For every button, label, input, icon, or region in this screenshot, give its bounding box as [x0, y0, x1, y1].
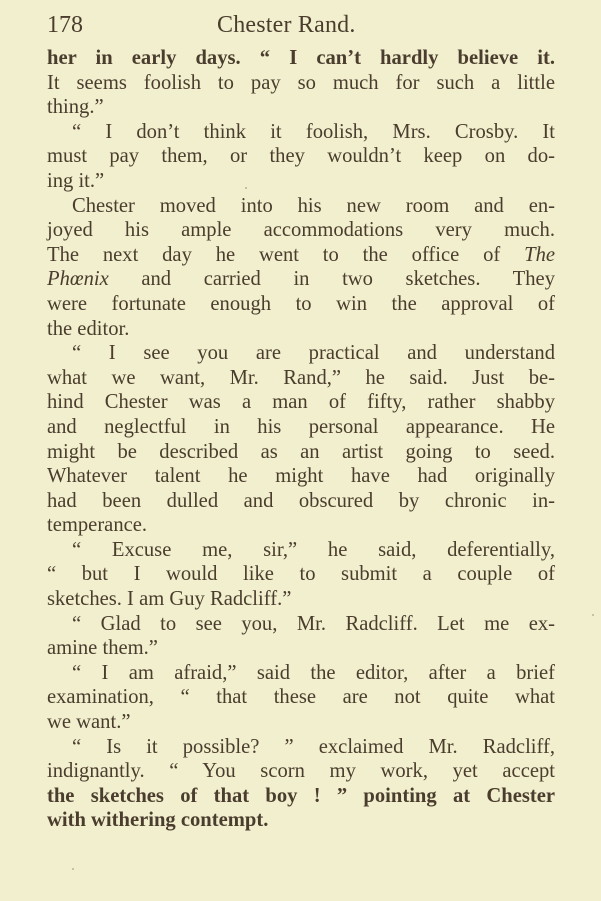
running-head: 178 Chester Rand. [47, 9, 555, 41]
text-line: amine them.” [47, 636, 555, 661]
book-title: Chester Rand. [217, 9, 356, 41]
text-line: and neglectful in his personal appearanc… [47, 415, 555, 440]
text-line: her in early days. “ I can’t hardly beli… [47, 46, 555, 71]
text-line: the sketches of that boy ! ” pointing at… [47, 784, 555, 809]
text-line: “ but I would like to submit a couple of [47, 562, 555, 587]
italic-title-fragment: Phœnix [47, 268, 109, 290]
text-line: were fortunate enough to win the approva… [47, 292, 555, 317]
text-line: what we want, Mr. Rand,” he said. Just b… [47, 366, 555, 391]
text-line: with withering contempt. [47, 808, 555, 833]
text-line: Whatever talent he might have had origin… [47, 464, 555, 489]
text-line: had been dulled and obscured by chronic … [47, 489, 555, 514]
page-number: 178 [47, 9, 83, 41]
text-line: temperance. [47, 513, 555, 538]
text-line: “ I see you are practical and understand [47, 341, 555, 366]
text-line: “ Glad to see you, Mr. Radcliff. Let me … [47, 612, 555, 637]
text-line: hind Chester was a man of fifty, rather … [47, 390, 555, 415]
scan-speck [592, 614, 594, 616]
text-line: ing it.” [47, 169, 555, 194]
text-line: “ Excuse me, sir,” he said, deferentiall… [47, 538, 555, 563]
book-page: 178 Chester Rand. her in early days. “ I… [0, 0, 601, 901]
text-line: sketches. I am Guy Radcliff.” [47, 587, 555, 612]
text-line: indignantly. “ You scorn my work, yet ac… [47, 759, 555, 784]
text-line: examination, “ that these are not quite … [47, 685, 555, 710]
text-line: must pay them, or they wouldn’t keep on … [47, 144, 555, 169]
text-line: Phœnix and carried in two sketches. They [47, 267, 555, 292]
text-line: might be described as an artist going to… [47, 440, 555, 465]
text-line: “ I don’t think it foolish, Mrs. Crosby.… [47, 120, 555, 145]
scan-speck [245, 187, 247, 189]
text-line: It seems foolish to pay so much for such… [47, 71, 555, 96]
text-line: we want.” [47, 710, 555, 735]
text-line: “ Is it possible? ” exclaimed Mr. Radcli… [47, 735, 555, 760]
text-fragment: The next day he went to the office of [47, 244, 524, 266]
text-fragment: and carried in two sketches. They [109, 268, 555, 290]
text-line: joyed his ample accommodations very much… [47, 218, 555, 243]
body-text: her in early days. “ I can’t hardly beli… [47, 46, 555, 833]
scan-speck [72, 868, 74, 870]
text-line: “ I am afraid,” said the editor, after a… [47, 661, 555, 686]
text-line: The next day he went to the office of Th… [47, 243, 555, 268]
text-line: Chester moved into his new room and en- [47, 194, 555, 219]
italic-title-fragment: The [524, 244, 555, 266]
text-line: thing.” [47, 95, 555, 120]
text-line: the editor. [47, 317, 555, 342]
